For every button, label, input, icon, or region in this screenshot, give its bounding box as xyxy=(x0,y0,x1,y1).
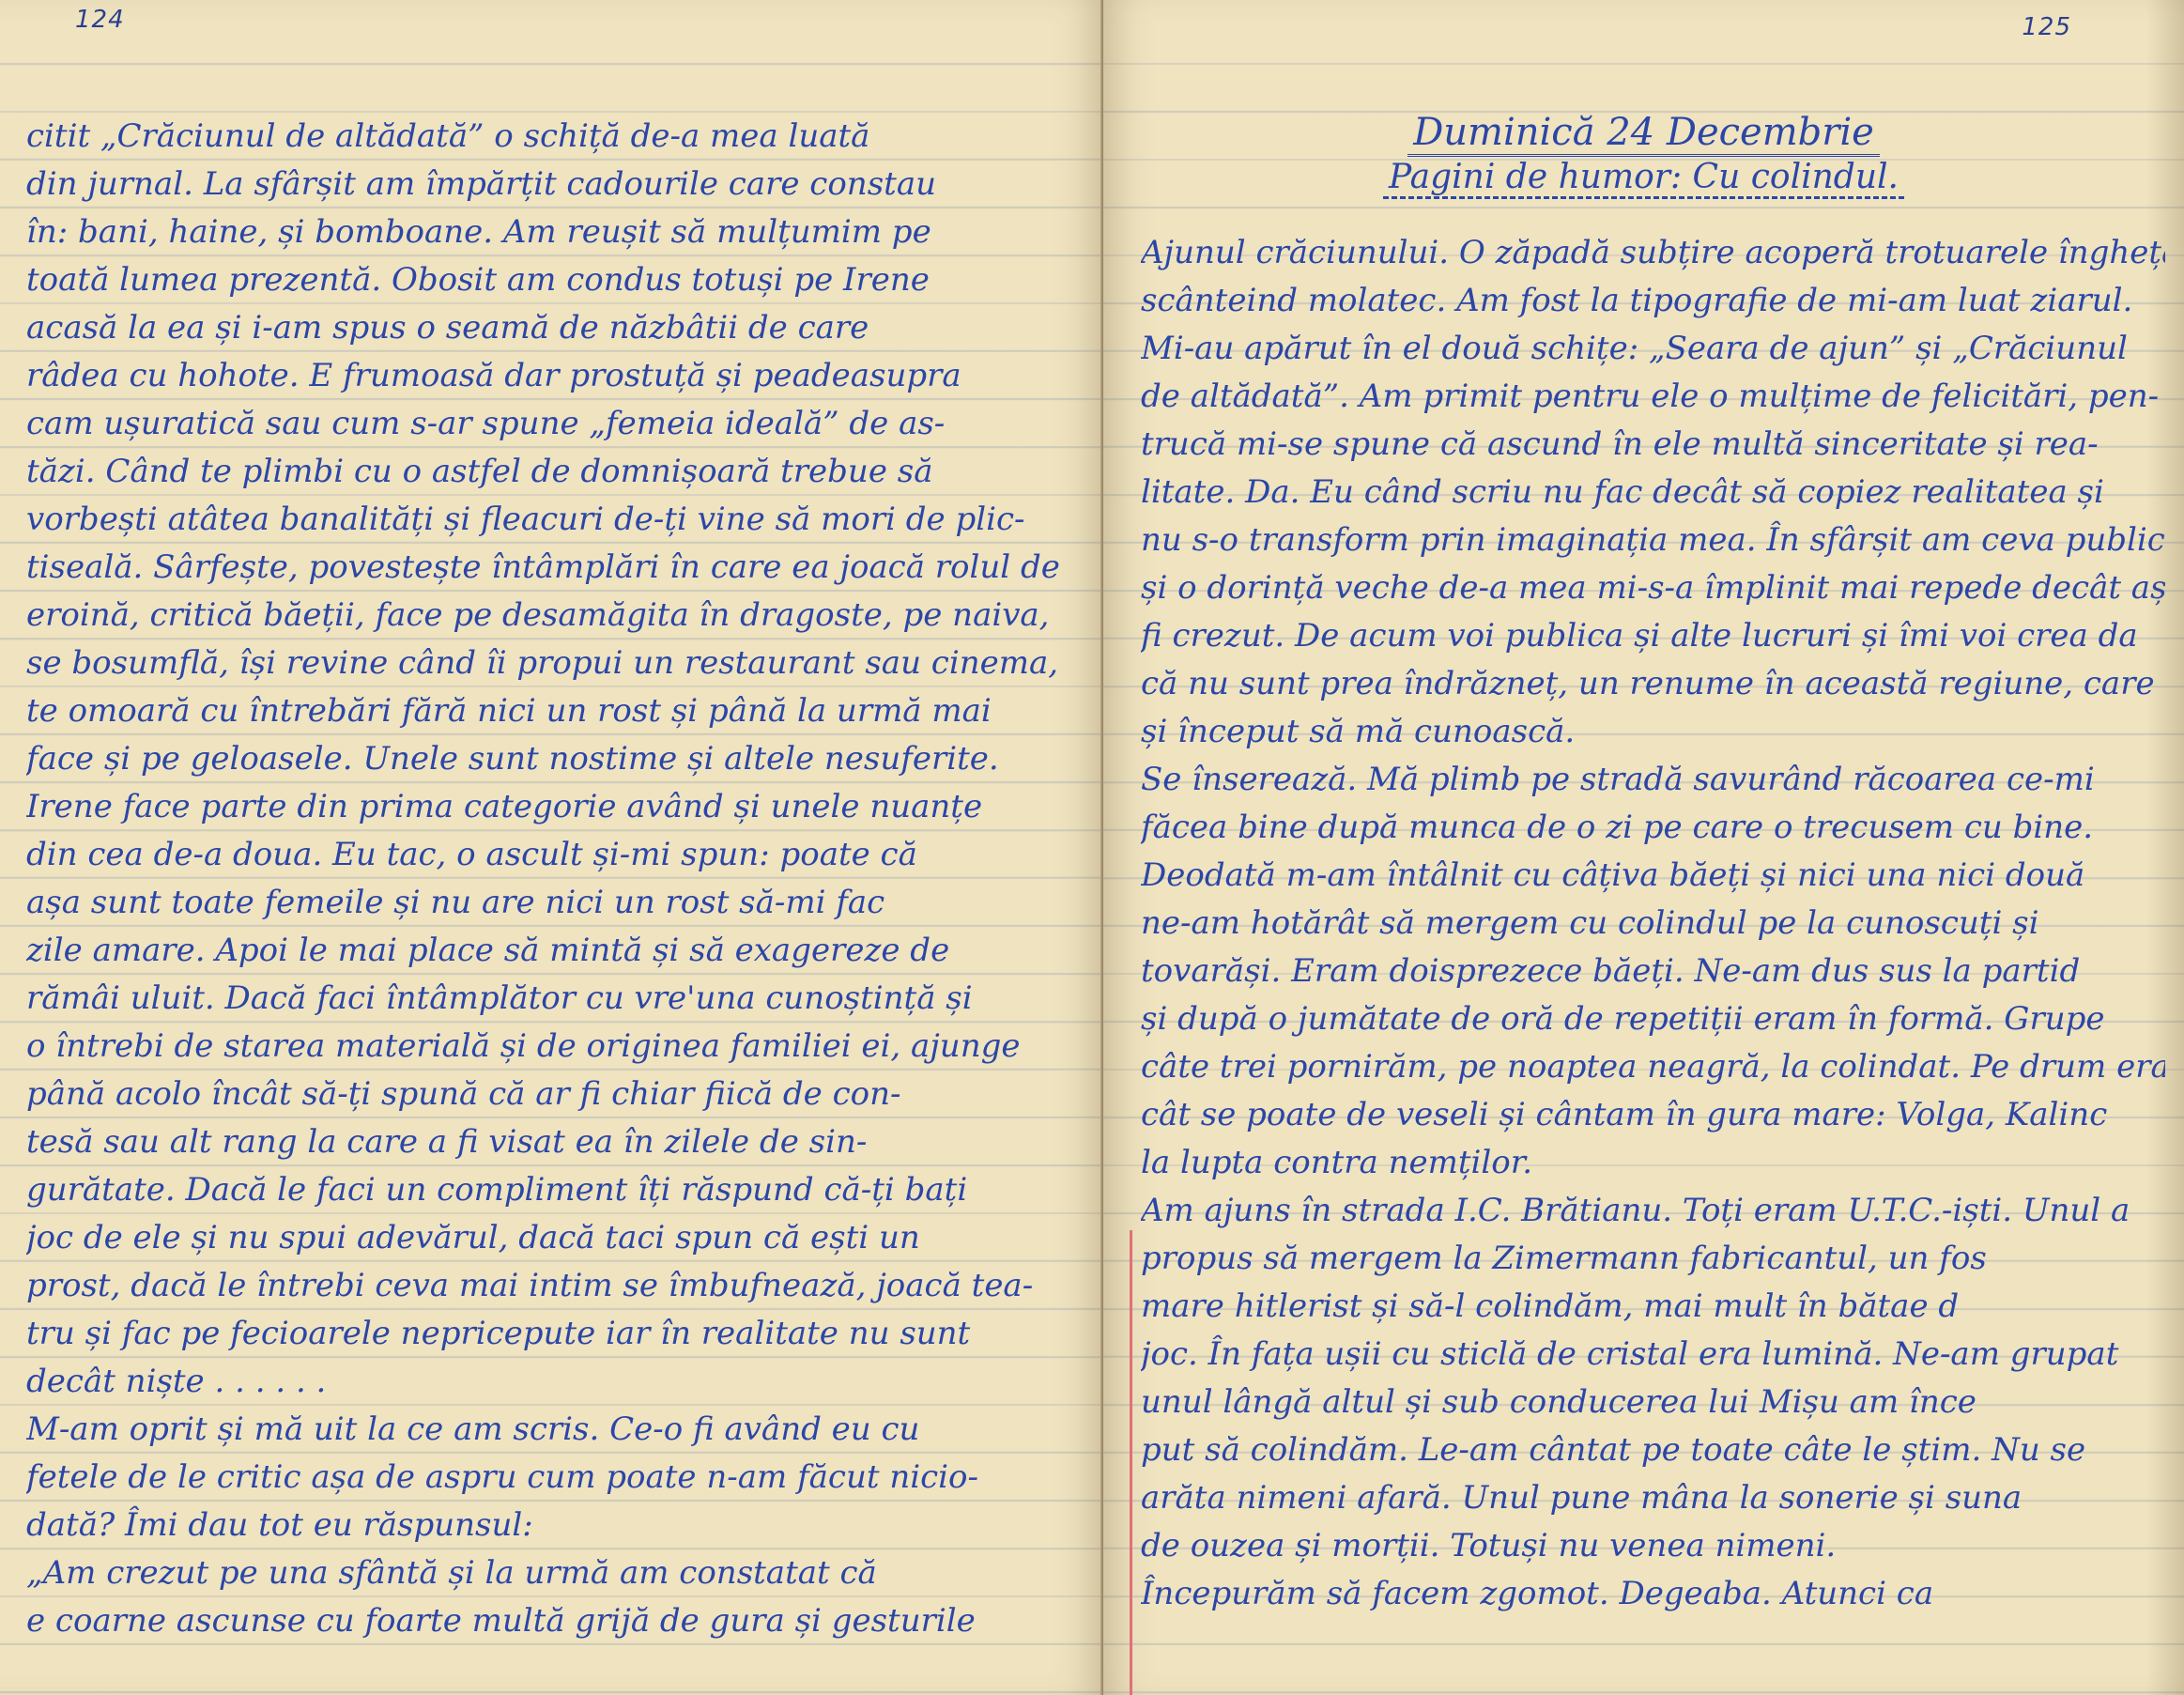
handwritten-line: Se înserează. Mă plimb pe stradă savurân… xyxy=(1141,756,2165,804)
entry-subheading: Pagini de humor: Cu colindul. xyxy=(1103,158,2184,196)
handwritten-line: ne-am hotărât să mergem cu colindul pe l… xyxy=(1141,900,2165,948)
handwritten-line: joc de ele și nu spui adevărul, dacă tac… xyxy=(26,1214,1084,1262)
handwritten-line: scânteind molatec. Am fost la tipografie… xyxy=(1141,277,2165,325)
handwritten-line: Deodată m-am întâlnit cu câțiva băeți și… xyxy=(1141,852,2165,900)
handwritten-line: că nu sunt prea îndrăzneț, un renume în … xyxy=(1141,660,2165,708)
handwritten-line: unul lângă altul și sub conducerea lui M… xyxy=(1141,1379,2165,1426)
handwritten-line: la lupta contra nemților. xyxy=(1141,1139,2165,1187)
handwritten-line: și după o jumătate de oră de repetiții e… xyxy=(1141,995,2165,1043)
handwritten-line: face și pe geloasele. Unele sunt nostime… xyxy=(26,735,1084,783)
right-page-text: Ajunul crăciunului. O zăpadă subțire aco… xyxy=(1141,229,2165,1618)
handwritten-line: prost, dacă le întrebi ceva mai intim se… xyxy=(26,1262,1084,1310)
handwritten-line: toată lumea prezentă. Obosit am condus t… xyxy=(26,256,1084,304)
handwritten-line: din cea de-a doua. Eu tac, o ascult și-m… xyxy=(26,831,1084,879)
handwritten-line: tăzi. Când te plimbi cu o astfel de domn… xyxy=(26,448,1084,496)
handwritten-line: rămâi uluit. Dacă faci întâmplător cu vr… xyxy=(26,975,1084,1023)
handwritten-line: se bosumflă, își revine când îi propui u… xyxy=(26,639,1084,687)
handwritten-line: Irene face parte din prima categorie avâ… xyxy=(26,783,1084,831)
handwritten-line: făcea bine după munca de o zi pe care o … xyxy=(1141,804,2165,852)
handwritten-line: mare hitlerist și să-l colindăm, mai mul… xyxy=(1141,1283,2165,1331)
handwritten-line: în: bani, haine, și bomboane. Am reușit … xyxy=(26,208,1084,256)
handwritten-line: o întrebi de starea materială și de orig… xyxy=(26,1023,1084,1071)
handwritten-line: eroină, critică băeții, face pe desamăgi… xyxy=(26,592,1084,639)
handwritten-line: și început să mă cunoască. xyxy=(1141,708,2165,756)
handwritten-line: citit „Crăciunul de altădată” o schiță d… xyxy=(26,113,1084,161)
handwritten-line: propus să mergem la Zimermann fabricantu… xyxy=(1141,1235,2165,1283)
handwritten-line: gurătate. Dacă le faci un compliment îți… xyxy=(26,1166,1084,1214)
handwritten-line: arăta nimeni afară. Unul pune mâna la so… xyxy=(1141,1474,2165,1522)
handwritten-line: acasă la ea și i-am spus o seamă de năzb… xyxy=(26,304,1084,352)
handwritten-line: Ajunul crăciunului. O zăpadă subțire aco… xyxy=(1141,229,2165,277)
handwritten-line: M-am oprit și mă uit la ce am scris. Ce-… xyxy=(26,1406,1084,1454)
handwritten-line: de altădată”. Am primit pentru ele o mul… xyxy=(1141,373,2165,421)
handwritten-line: tru și fac pe fecioarele nepricepute iar… xyxy=(26,1310,1084,1358)
handwritten-line: Am ajuns în strada I.C. Brătianu. Toți e… xyxy=(1141,1187,2165,1235)
handwritten-line: din jurnal. La sfârșit am împărțit cadou… xyxy=(26,161,1084,208)
handwritten-line: cam ușuratică sau cum s-ar spune „femeia… xyxy=(26,400,1084,448)
handwritten-line: tiseală. Sârfește, povestește întâmplări… xyxy=(26,544,1084,592)
handwritten-line: put să colindăm. Le-am cântat pe toate c… xyxy=(1141,1426,2165,1474)
handwritten-line: zile amare. Apoi le mai place să mintă ș… xyxy=(26,927,1084,975)
handwritten-line: așa sunt toate femeile și nu are nici un… xyxy=(26,879,1084,927)
handwritten-line: vorbești atâtea banalități și fleacuri d… xyxy=(26,496,1084,544)
right-page-number: 125 xyxy=(2022,13,2071,41)
handwritten-line: cât se poate de veseli și cântam în gura… xyxy=(1141,1091,2165,1139)
handwritten-line: de ouzea și morții. Totuși nu venea nime… xyxy=(1141,1522,2165,1570)
left-page-number: 124 xyxy=(75,6,125,34)
handwritten-line: „Am crezut pe una sfântă și la urmă am c… xyxy=(26,1549,1084,1597)
left-page-text: citit „Crăciunul de altădată” o schiță d… xyxy=(26,113,1084,1645)
handwritten-line: Începurăm să facem zgomot. Degeaba. Atun… xyxy=(1141,1570,2165,1618)
left-page: 124 citit „Crăciunul de altădată” o schi… xyxy=(0,0,1103,1695)
handwritten-line: nu s-o transform prin imaginația mea. În… xyxy=(1141,516,2165,564)
handwritten-line: dată? Îmi dau tot eu răspunsul: xyxy=(26,1502,1084,1549)
handwritten-line: te omoară cu întrebări fără nici un rost… xyxy=(26,687,1084,735)
handwritten-line: râdea cu hohote. E frumoasă dar prostuță… xyxy=(26,352,1084,400)
handwritten-line: până acolo încât să-ți spună că ar fi ch… xyxy=(26,1071,1084,1118)
handwritten-line: joc. În fața ușii cu sticlă de cristal e… xyxy=(1141,1331,2165,1379)
right-page: 125 Duminică 24 Decembrie Pagini de humo… xyxy=(1103,0,2184,1695)
handwritten-line: litate. Da. Eu când scriu nu fac decât s… xyxy=(1141,469,2165,516)
handwritten-line: câte trei pornirăm, pe noaptea neagră, l… xyxy=(1141,1043,2165,1091)
handwritten-line: tesă sau alt rang la care a fi visat ea … xyxy=(26,1118,1084,1166)
handwritten-line: fetele de le critic așa de aspru cum poa… xyxy=(26,1454,1084,1502)
handwritten-line: trucă mi-se spune că ascund în ele multă… xyxy=(1141,421,2165,469)
entry-date-heading: Duminică 24 Decembrie xyxy=(1103,111,2184,154)
entry-subheading-text: Pagini de humor: Cu colindul. xyxy=(1383,158,1904,199)
handwritten-line: e coarne ascunse cu foarte multă grijă d… xyxy=(26,1597,1084,1645)
handwritten-line: Mi-au apărut în el două schițe: „Seara d… xyxy=(1141,325,2165,373)
handwritten-line: tovarăși. Eram doisprezece băeți. Ne-am … xyxy=(1141,948,2165,995)
handwritten-line: și o dorință veche de-a mea mi-s-a împli… xyxy=(1141,564,2165,612)
entry-date-text: Duminică 24 Decembrie xyxy=(1407,111,1880,157)
notebook-spread: 124 citit „Crăciunul de altădată” o schi… xyxy=(0,0,2184,1695)
handwritten-line: decât niște . . . . . . xyxy=(26,1358,1084,1406)
margin-line xyxy=(1130,1230,1132,1695)
handwritten-line: fi crezut. De acum voi publica și alte l… xyxy=(1141,612,2165,660)
